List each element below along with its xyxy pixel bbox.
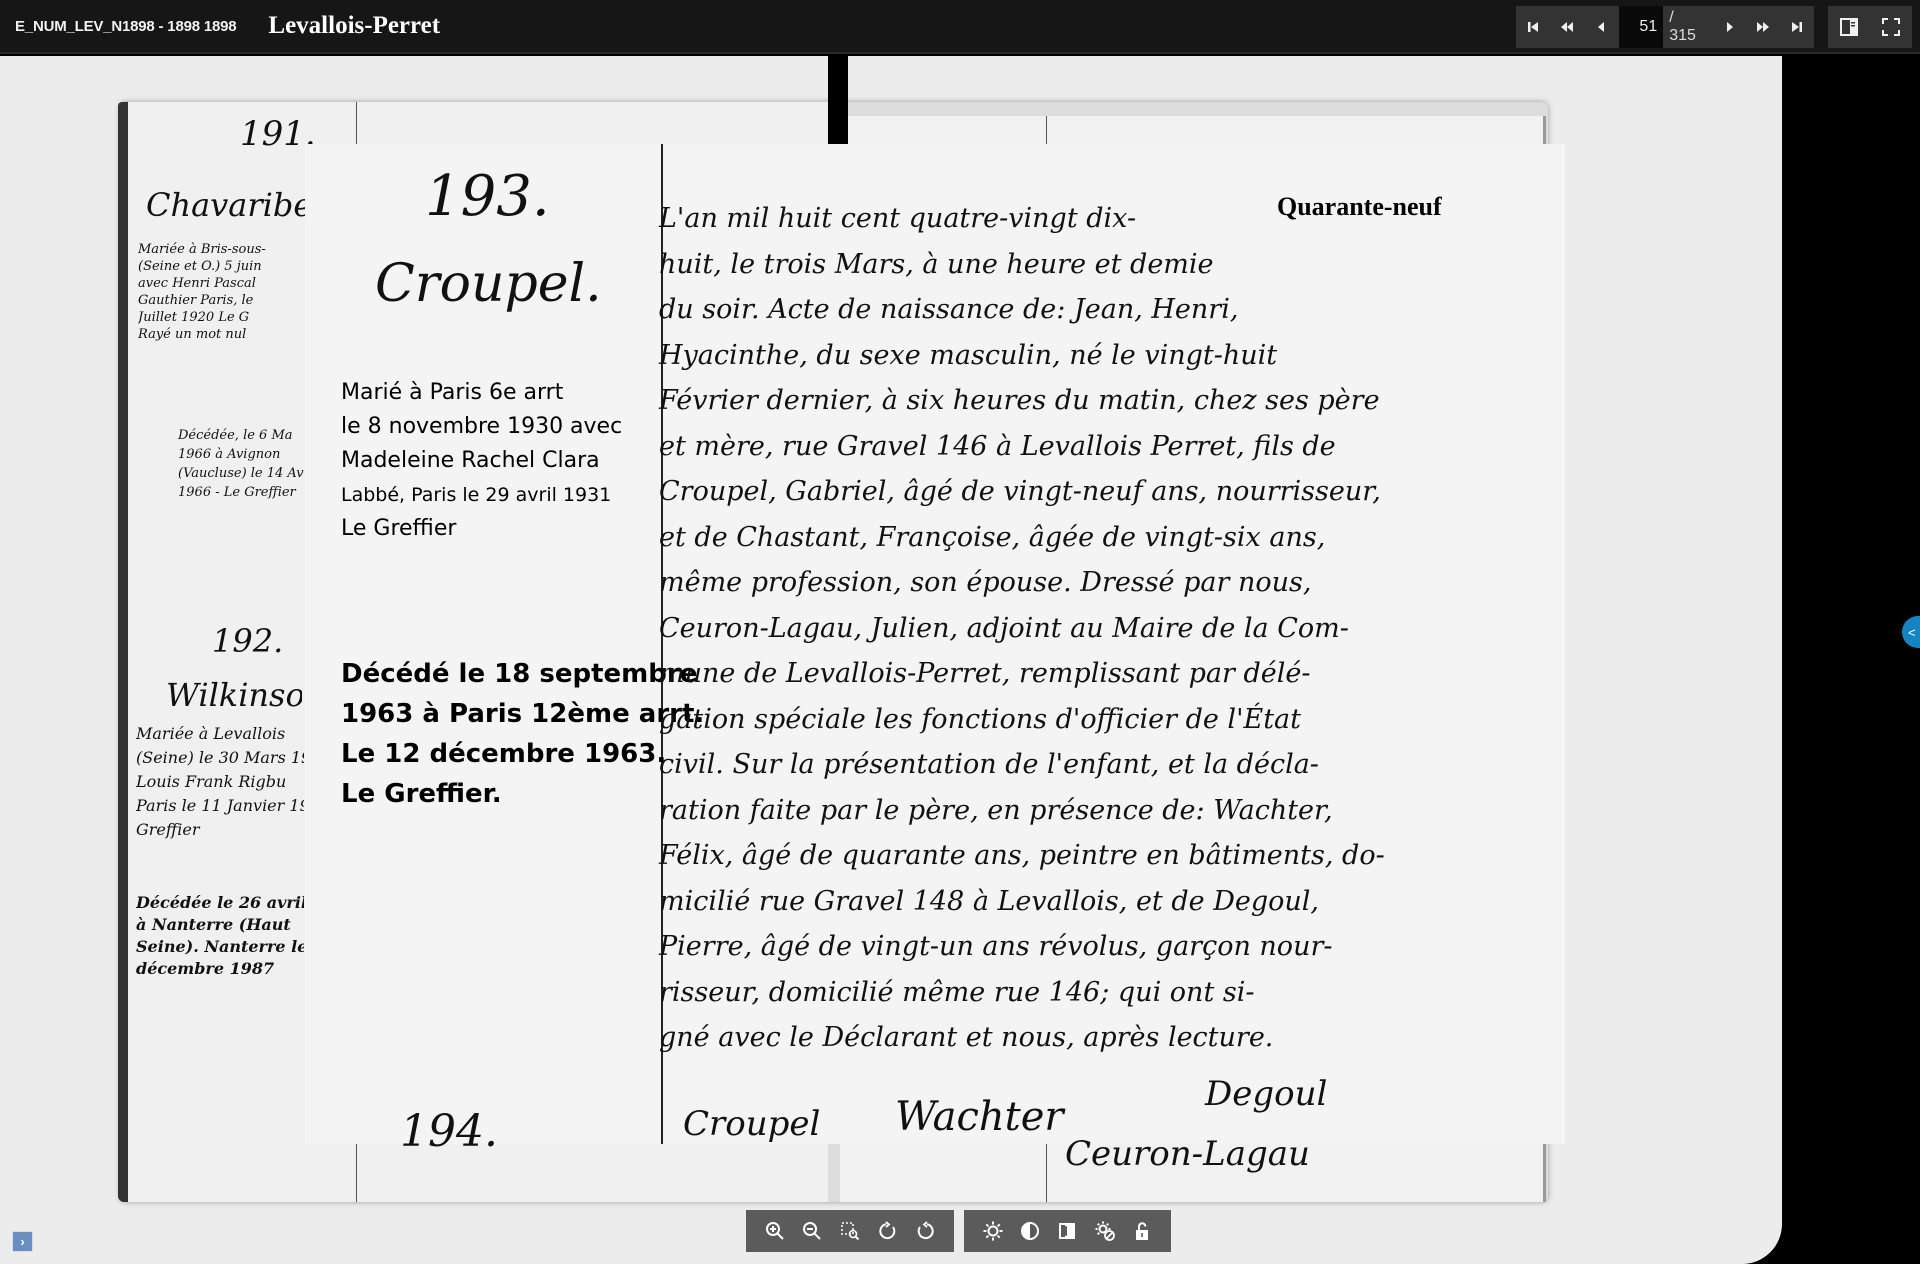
first-page-button[interactable] [1516,6,1550,48]
entry-number-192: 192. [212,622,283,660]
document-code: E_NUM_LEV_N1898 - 1898 1898 [15,18,236,35]
fast-forward-icon [1756,20,1770,34]
entry-surname: Croupel. [375,254,602,314]
top-bar: E_NUM_LEV_N1898 - 1898 1898 Levallois-Pe… [0,0,1920,54]
last-page-icon [1790,20,1804,34]
entry-193-page: 193. Croupel. Marié à Paris 6e arrt le 8… [305,144,1565,1144]
act-body-text: L'an mil huit cent quatre-vingt dix- hui… [659,196,1559,1061]
last-page-button[interactable] [1780,6,1814,48]
reset-adjustments-button[interactable] [1091,1217,1119,1245]
signature-croupel: Croupel [683,1104,820,1144]
page-navigation: 51 / 315 [1516,6,1814,48]
entry-surname-191: Chavaribes [146,186,329,224]
rotate-counterclockwise-icon [915,1221,935,1241]
reset-adjustments-icon [1095,1221,1115,1241]
fullscreen-icon [1881,17,1901,37]
split-view-button[interactable] [1828,6,1870,48]
zoom-region-icon [840,1221,860,1241]
split-view-icon [1839,17,1859,37]
rotate-clockwise-icon [878,1221,898,1241]
entry-191-death-note: Décédée, le 6 Ma 1966 à Avignon (Vauclus… [178,426,304,502]
signature-ceuron-lagau: Ceuron-Lagau [1065,1134,1310,1174]
document-viewport[interactable]: 191. Chavaribes Mariée à Bris-sous- (Sei… [0,56,1920,1264]
invert-colors-icon [1057,1221,1077,1241]
fast-backward-icon [1560,20,1574,34]
rotate-counterclockwise-button[interactable] [911,1217,939,1245]
zoom-out-icon [802,1221,822,1241]
unlock-button[interactable] [1128,1217,1156,1245]
marriage-note: Marié à Paris 6e arrt le 8 novembre 1930… [341,376,622,546]
image-adjust-toolbar [964,1210,1171,1252]
zoom-in-icon [765,1221,785,1241]
entry-number-194: 194. [400,1106,498,1157]
contrast-icon [1020,1221,1040,1241]
next-page-icon [1723,20,1737,34]
zoom-toolbar [746,1210,954,1252]
page-number-input[interactable]: 51 [1619,6,1663,48]
entry-192-notes: Mariée à Levallois (Seine) le 30 Mars 19… [136,722,304,842]
previous-page-button[interactable] [1584,6,1618,48]
previous-page-icon [1594,20,1608,34]
page-total: / 315 [1663,6,1712,48]
death-note: Décédé le 18 septembre 1963 à Paris 12èm… [341,654,704,814]
entry-192-death-note: Décédée le 26 avril à Nanterre (Haut Sei… [136,892,304,980]
sidebar-toggle-button[interactable]: › [12,1231,33,1252]
zoom-in-button[interactable] [761,1217,789,1245]
brightness-button[interactable] [979,1217,1007,1245]
entry-191-notes: Mariée à Bris-sous- (Seine et O.) 5 juin… [138,241,304,343]
signature-degoul: Degoul [1205,1074,1327,1114]
view-controls [1828,6,1912,48]
fullscreen-button[interactable] [1870,6,1912,48]
brightness-icon [983,1221,1003,1241]
rotate-clockwise-button[interactable] [874,1217,902,1245]
entry-surname-192: Wilkinson [166,676,302,714]
book-binding [828,56,848,154]
zoom-region-button[interactable] [836,1217,864,1245]
fast-backward-button[interactable] [1550,6,1584,48]
document-place-title: Levallois-Perret [268,12,440,40]
unlock-icon [1132,1221,1152,1241]
first-page-icon [1526,20,1540,34]
next-page-button[interactable] [1713,6,1747,48]
entry-number: 193. [425,164,550,229]
invert-colors-button[interactable] [1053,1217,1081,1245]
zoom-out-button[interactable] [798,1217,826,1245]
signature-wachter: Wachter [895,1094,1064,1140]
contrast-button[interactable] [1016,1217,1044,1245]
fast-forward-button[interactable] [1746,6,1780,48]
